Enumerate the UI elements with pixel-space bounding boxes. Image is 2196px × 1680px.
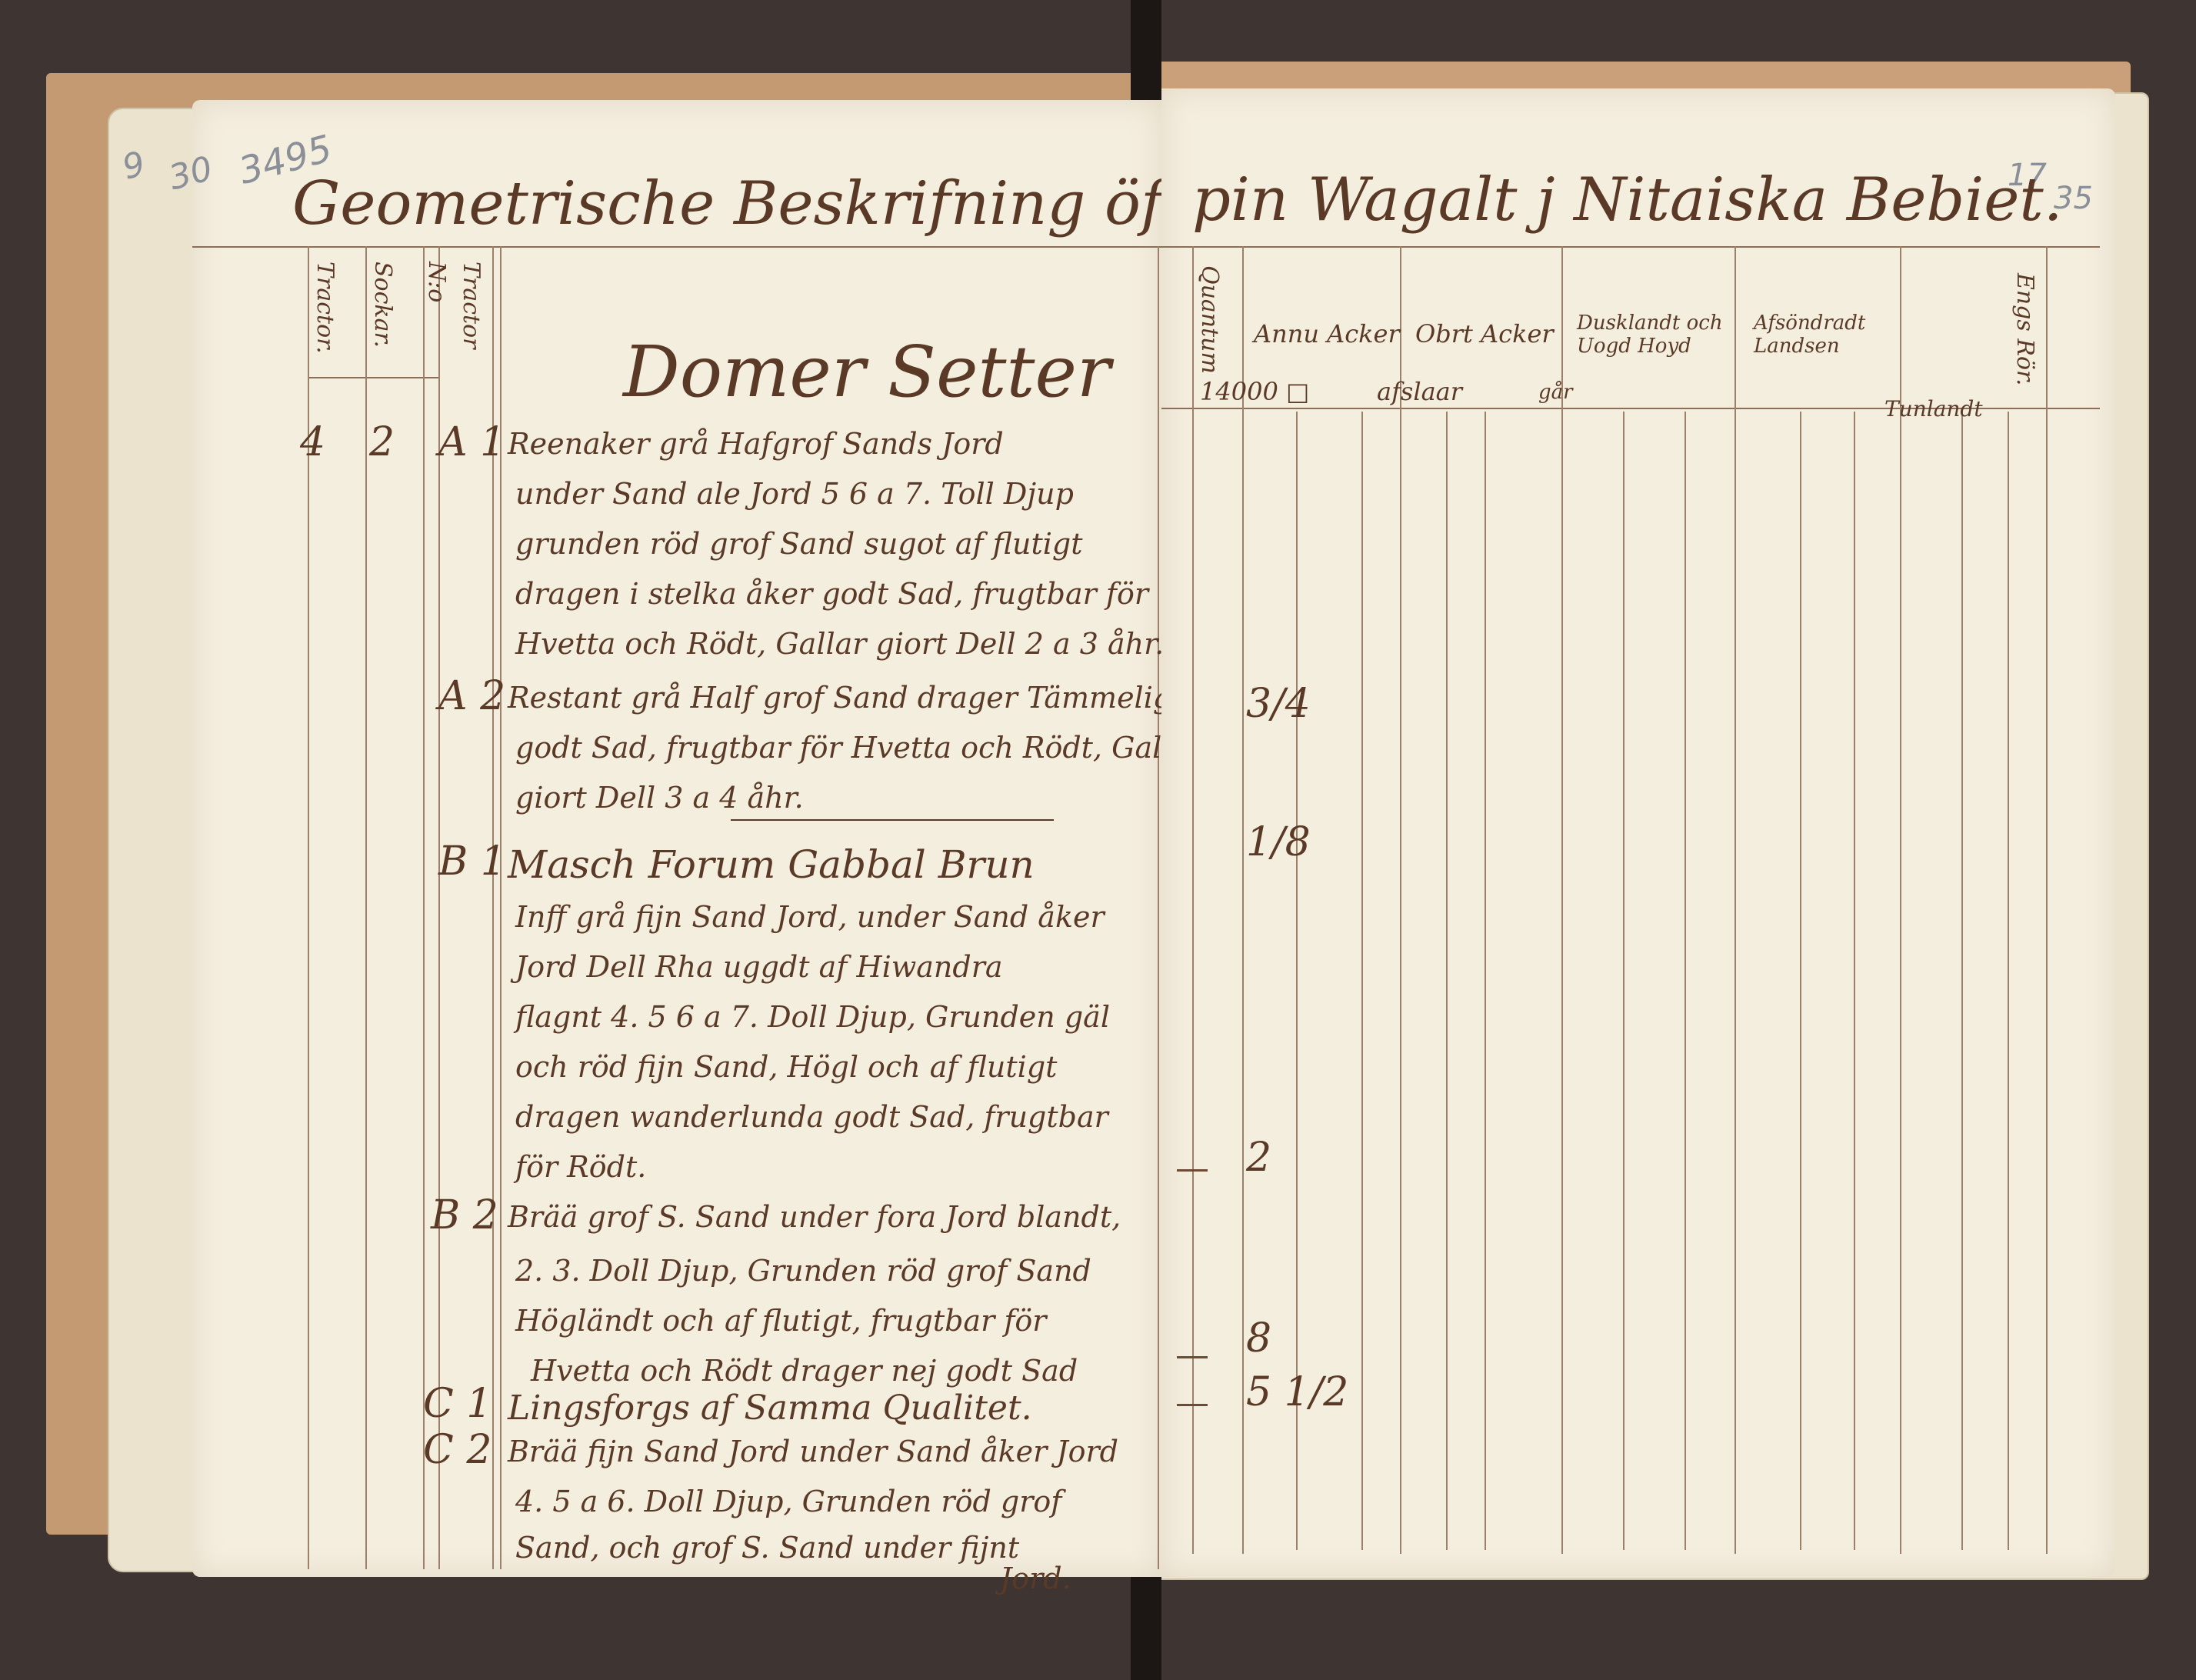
entry-line: och röd fijn Sand, Högl och af flutigt (515, 1050, 1057, 1084)
column-header-number: N:o (423, 262, 450, 302)
entry-value: 5 1/2 (1246, 1369, 1348, 1415)
entry-id: C 2 (423, 1427, 492, 1473)
column-header-afsondradt: Afsöndradt Landsen (1754, 312, 1892, 358)
column-rule (1734, 246, 1736, 1554)
entry-line: Hvetta och Rödt, Gallar giort Dell 2 a 3… (515, 627, 1164, 661)
column-rule (1961, 412, 1963, 1550)
entry-line: för Rödt. (515, 1150, 646, 1184)
column-rule (2046, 246, 2048, 1554)
entry-id: A 2 (438, 673, 505, 719)
entry-line: Sand, och grof S. Sand under fijnt (515, 1531, 1019, 1565)
entry-line: 4. 5 a 6. Doll Djup, Grunden röd grof (515, 1485, 1061, 1518)
entry-line: under Sand ale Jord 5 6 a 7. Toll Djup (515, 477, 1074, 511)
entry-value: 2 (1246, 1135, 1271, 1181)
column-rule (2008, 412, 2009, 1550)
value-dash (1177, 1404, 1208, 1406)
column-header-tractor-2: Tractor (458, 262, 485, 349)
column-rule (1900, 246, 1901, 1554)
entry-id: B 2 (431, 1192, 498, 1238)
entry-value: 8 (1246, 1315, 1271, 1362)
right-page: 17 35 pin Wagalt j Nitaiska Bebiet. Quan… (1161, 88, 2115, 1577)
entry-line: godt Sad, frugtbar för Hvetta och Rödt, … (515, 731, 1202, 765)
entry-line: Brää fijn Sand Jord under Sand åker Jord (508, 1435, 1118, 1468)
entry-line: dragen i stelka åker godt Sad, frugtbar … (515, 577, 1148, 611)
column-rule (1158, 246, 1159, 1569)
entry-line: Masch Forum Gabbal Brun (508, 842, 1035, 887)
entry-id: A 1 (438, 419, 505, 465)
column-header-rule (308, 377, 438, 378)
entry-id: C 1 (423, 1381, 492, 1427)
annu-acker-value: afslaar (1377, 377, 1462, 406)
column-rule (1800, 412, 1801, 1550)
column-rule (1684, 412, 1686, 1550)
entry-line: Reenaker grå Hafgrof Sands Jord (508, 427, 1004, 461)
entry-line: Hvetta och Rödt drager nej godt Sad (531, 1354, 1078, 1388)
column-rule (1361, 412, 1363, 1550)
value-dash (1177, 1169, 1208, 1172)
entry-value: 1/8 (1246, 819, 1311, 865)
entry-line: Högländt och af flutigt, frugtbar för (515, 1304, 1046, 1338)
left-page: 9 30 3495 Geometrische Beskrifning öfwer… (192, 100, 1161, 1577)
entry-line: Inff grå fijn Sand Jord, under Sand åker (515, 900, 1105, 934)
entry-line: Jord. (1000, 1562, 1071, 1595)
entry-id: B 1 (438, 838, 506, 885)
entry-line: 2. 3. Doll Djup, Grunden röd grof Sand (515, 1254, 1091, 1288)
column-rule (1623, 412, 1625, 1550)
value-dash (1177, 1356, 1208, 1358)
header-rule (192, 246, 1161, 248)
column-rule (1400, 246, 1401, 1554)
obrt-acker-value: går (1538, 381, 1573, 404)
column-header-obrt-acker: Obrt Acker (1415, 319, 1554, 348)
entry-line: Lingsforgs af Samma Qualitet. (508, 1388, 1032, 1428)
section-heading: Domer Setter (623, 331, 1111, 413)
column-rule (1854, 412, 1855, 1550)
entry-line: dragen wanderlunda godt Sad, frugtbar (515, 1100, 1108, 1134)
column-header-quantum: Quantum (1196, 265, 1223, 374)
entry-value: 3/4 (1246, 681, 1311, 727)
entry-line: grunden röd grof Sand sugot af flutigt (515, 527, 1083, 561)
column-rule (1561, 246, 1563, 1554)
entry-line: Jord Dell Rha uggdt af Hiwandra (515, 950, 1003, 984)
column-rule (365, 246, 367, 1569)
entry-end-rule (731, 819, 1054, 821)
tunlandt-label: Tunlandt (1884, 396, 1983, 422)
entry-line: Brää grof S. Sand under fora Jord blandt… (508, 1200, 1121, 1234)
entry-row-number: 4 (300, 419, 325, 465)
column-rule (423, 246, 425, 1569)
entry-line: giort Dell 3 a 4 åhr. (515, 781, 804, 815)
entry-line: Restant grå Half grof Sand drager Tämmel… (508, 681, 1183, 715)
entry-number: 2 (369, 419, 395, 465)
header-rule (1161, 246, 2100, 248)
column-rule (1446, 412, 1448, 1550)
column-header-annu-acker: Annu Acker (1254, 319, 1400, 348)
column-rule (1242, 246, 1244, 1554)
column-header-dusklandt: Dusklandt och Uogd Hoyd (1577, 312, 1731, 358)
column-header-tractor: Tractor. (312, 262, 338, 354)
document-title-right: pin Wagalt j Nitaiska Bebiet. (1192, 165, 2063, 235)
column-header-engs: Engs Rör. (2011, 273, 2038, 386)
entry-line: flagnt 4. 5 6 a 7. Doll Djup, Grunden gä… (515, 1000, 1110, 1034)
column-header-sockar: Sockar. (369, 262, 396, 348)
quantum-value: 14000 □ (1200, 377, 1309, 406)
column-rule (1485, 412, 1486, 1550)
